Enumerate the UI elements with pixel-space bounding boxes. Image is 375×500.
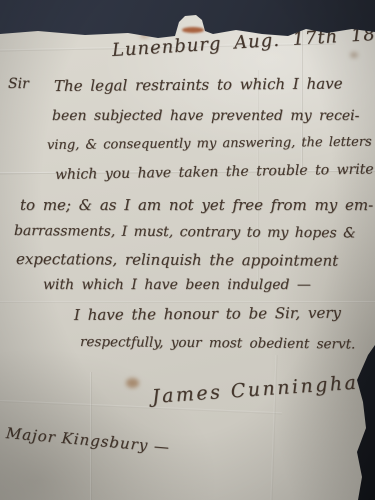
- signature: James Cunningham: [151, 370, 375, 408]
- letter-line: which you have taken the trouble to writ…: [55, 161, 374, 183]
- letter-line: expectations, relinquish the appointment: [16, 250, 338, 270]
- letter-photograph: Lunenburg Aug. 17th 1801 Sir The legal r…: [0, 0, 375, 500]
- stain-spot: [126, 378, 139, 388]
- letter-line: to me; & as I am not yet free from my em…: [20, 196, 373, 214]
- addressee: Major Kingsbury —: [5, 424, 171, 456]
- salutation: Sir: [8, 76, 29, 92]
- fold-crease-lower: [0, 301, 375, 303]
- letter-line: barrassments, I must, contrary to my hop…: [14, 223, 356, 241]
- closing-line: respectfully, your most obedient servt.: [80, 334, 355, 352]
- letter-line: ving, & consequently my answering, the l…: [47, 135, 372, 153]
- letter-line: been subjected have prevented my recei-: [52, 108, 359, 124]
- stain-spot: [350, 52, 358, 58]
- letter-paper: Lunenburg Aug. 17th 1801 Sir The legal r…: [0, 0, 375, 500]
- letter-line: The legal restraints to which I have: [54, 74, 343, 95]
- closing-line: I have the honour to be Sir, very: [74, 304, 341, 324]
- wax-seal-remnant: [182, 27, 204, 33]
- letter-line: with which I have been indulged —: [43, 277, 311, 293]
